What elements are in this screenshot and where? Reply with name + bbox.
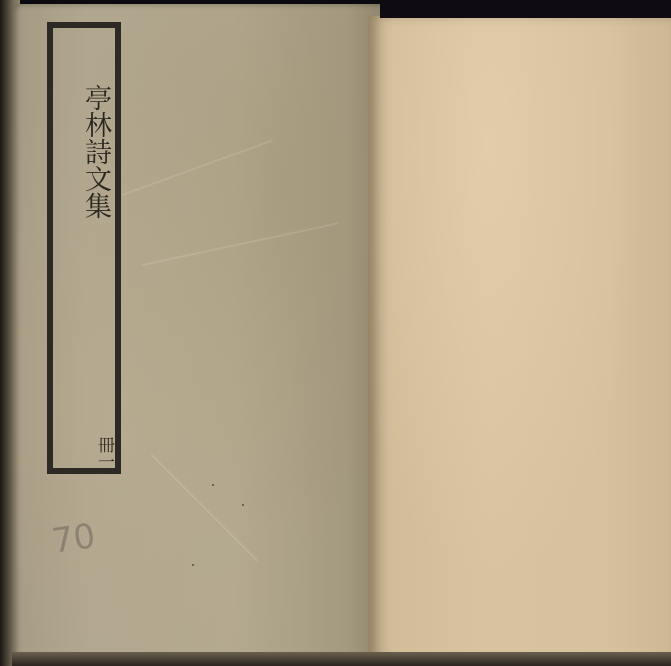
volume-number: 冊一	[53, 423, 115, 483]
dark-background	[380, 0, 671, 18]
paper-crease	[151, 454, 258, 561]
book-photo: 亭林詩文集 冊一 70	[0, 0, 671, 666]
paper-speck	[192, 564, 194, 566]
paper-speck	[242, 504, 244, 506]
title-label-box: 亭林詩文集 冊一	[47, 22, 121, 474]
front-cover: 亭林詩文集 冊一 70	[12, 4, 384, 662]
book-bottom-edge	[12, 652, 671, 666]
blank-flyleaf-page	[368, 16, 671, 664]
paper-crease	[142, 222, 338, 266]
pencil-annotation: 70	[49, 516, 97, 562]
paper-speck	[212, 484, 214, 486]
book-title: 亭林詩文集	[53, 46, 115, 256]
paper-crease	[122, 139, 273, 196]
